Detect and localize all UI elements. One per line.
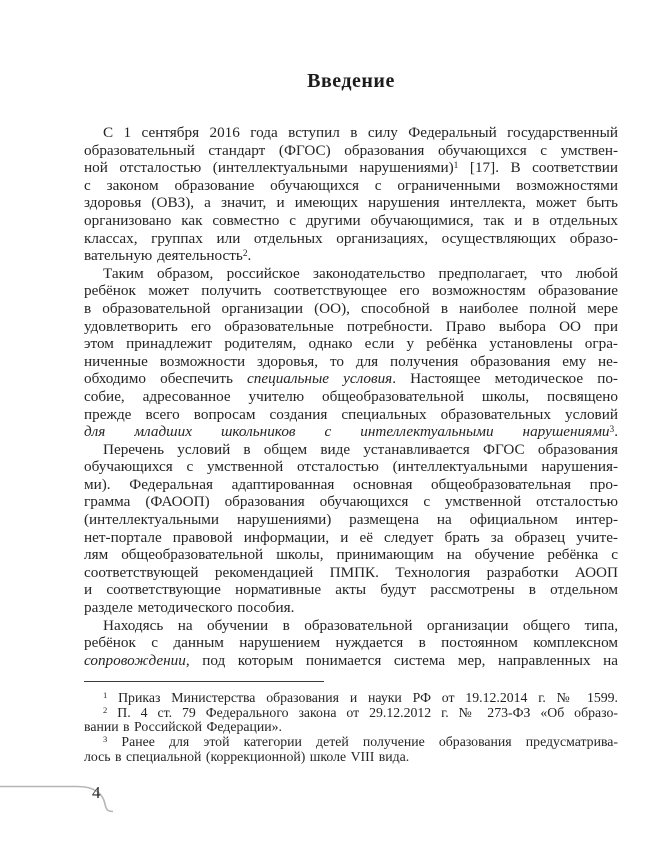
footnote-separator xyxy=(84,681,324,682)
text-segment: лям общеобразовательной школы, принимающ… xyxy=(84,546,618,563)
body-text-line: здоровья (ОВЗ), а значит, и имеющих нару… xyxy=(84,194,618,212)
text-segment: сопровождении xyxy=(84,652,186,669)
body-text-line: Перечень условий в общем виде устанавлив… xyxy=(84,441,618,459)
text-segment: (интеллектуальными нарушениями) размещен… xyxy=(84,511,618,528)
body-text-line: нет-портале правовой информации, и её сл… xyxy=(84,529,618,547)
body-text-line: обходимо обеспечить специальные условия.… xyxy=(84,370,618,388)
text-segment: здоровья (ОВЗ), а значит, и имеющих нару… xyxy=(84,194,618,211)
text-segment: ной отсталостью (интеллектуальными наруш… xyxy=(84,159,454,176)
footnotes: 1 Приказ Министерства образования и наук… xyxy=(84,691,618,765)
footnote-item: 2 П. 4 ст. 79 Федерального закона от 29.… xyxy=(84,706,618,735)
body-text-line: образовательный стандарт (ФГОС) образова… xyxy=(84,142,618,160)
body-text-line: Находясь на обучении в образовательной о… xyxy=(84,617,618,635)
text-segment: лось в специальной (коррекционной) школе… xyxy=(84,749,409,764)
page-number: 4 xyxy=(92,783,101,803)
text-segment: С 1 сентября 2016 года вступил в силу Фе… xyxy=(103,124,618,141)
body-text-line: вательную деятельность2. xyxy=(84,247,618,265)
body-text-line: обучающихся с умственной отсталостью (ин… xyxy=(84,458,618,476)
paragraph: С 1 сентября 2016 года вступил в силу Фе… xyxy=(84,124,618,265)
text-segment: удовлетворить его образовательные потреб… xyxy=(84,318,618,335)
text-segment: . Настоящее методическое по- xyxy=(392,370,618,387)
body-text-line: собие, адресованное учителю общеобразова… xyxy=(84,388,618,406)
body-text-line: разделе методического пособия. xyxy=(84,599,618,617)
text-segment: вании в Российской Федерации». xyxy=(84,719,282,734)
superscript-marker: 3 xyxy=(610,425,615,435)
body-text-line: и соответствующие нормативные акты будут… xyxy=(84,581,618,599)
text-segment: Находясь на обучении в образовательной о… xyxy=(103,617,618,634)
superscript-marker: 2 xyxy=(103,705,107,715)
text-segment: П. 4 ст. 79 Федерального закона от 29.12… xyxy=(107,705,618,720)
body-text-line: в образовательной организации (ОО), спос… xyxy=(84,300,618,318)
footnote-line: 1 Приказ Министерства образования и наук… xyxy=(84,691,618,706)
text-segment: ми). Федеральная адаптированная основная… xyxy=(84,476,618,493)
text-segment: . xyxy=(614,423,618,440)
footnote-item: 1 Приказ Министерства образования и наук… xyxy=(84,691,618,706)
body-text-line: ной отсталостью (интеллектуальными наруш… xyxy=(84,159,618,177)
text-segment: разделе методического пособия. xyxy=(84,599,294,616)
text-segment: соответствующей рекомендацией ПМПК. Техн… xyxy=(84,564,618,581)
body-text-line: с законом образование обучающихся с огра… xyxy=(84,177,618,195)
paragraph: Находясь на обучении в образовательной о… xyxy=(84,617,618,670)
body-text-line: грамма (ФАООП) образования обучающихся с… xyxy=(84,493,618,511)
text-segment: в образовательной организации (ОО), спос… xyxy=(84,300,618,317)
body-text-line: прежде всего вопросам создания специальн… xyxy=(84,406,618,424)
footnote-line: вании в Российской Федерации». xyxy=(84,720,618,735)
text-segment: Приказ Министерства образования и науки … xyxy=(107,690,618,705)
text-segment: для младших школьников с интеллектуальны… xyxy=(84,423,610,440)
text-segment: обходимо обеспечить xyxy=(84,370,247,387)
text-segment: прежде всего вопросам создания специальн… xyxy=(84,406,618,423)
body-text-line: для младших школьников с интеллектуальны… xyxy=(84,423,618,441)
text-segment: обучающихся с умственной отсталостью (ин… xyxy=(84,458,618,475)
text-segment: Таким образом, российское законодательст… xyxy=(103,265,618,282)
body-text-line: С 1 сентября 2016 года вступил в силу Фе… xyxy=(84,124,618,142)
text-segment: с законом образование обучающихся с огра… xyxy=(84,177,618,194)
body-text-line: ребёнок с данным нарушением нуждается в … xyxy=(84,634,618,652)
text-segment: классах, группах или отдельных организац… xyxy=(84,230,618,247)
chapter-heading: Введение xyxy=(84,70,618,93)
text-segment: специальные условия xyxy=(247,370,392,387)
body-text-line: (интеллектуальными нарушениями) размещен… xyxy=(84,511,618,529)
body-text: С 1 сентября 2016 года вступил в силу Фе… xyxy=(84,124,618,669)
body-text-line: организовано как совместно с другими обу… xyxy=(84,212,618,230)
superscript-marker: 1 xyxy=(103,690,107,700)
text-segment: ниченные возможности здоровья, то для по… xyxy=(84,353,618,370)
paragraph: Перечень условий в общем виде устанавлив… xyxy=(84,441,618,617)
footnote-line: лось в специальной (коррекционной) школе… xyxy=(84,750,618,765)
text-segment: Перечень условий в общем виде устанавлив… xyxy=(103,441,618,458)
footnote-line: 2 П. 4 ст. 79 Федерального закона от 29.… xyxy=(84,706,618,721)
body-text-line: ми). Федеральная адаптированная основная… xyxy=(84,476,618,494)
page-corner-ornament xyxy=(0,780,130,825)
text-segment: [17]. В соответствии xyxy=(458,159,618,176)
text-segment: организовано как совместно с другими обу… xyxy=(84,212,618,229)
book-page: Введение С 1 сентября 2016 года вступил … xyxy=(0,0,650,865)
text-segment: , под которым понимается система мер, на… xyxy=(186,652,618,669)
body-text-line: этом принадлежит родителям, однако если … xyxy=(84,335,618,353)
superscript-marker: 1 xyxy=(454,161,459,171)
body-text-line: сопровождении, под которым понимается си… xyxy=(84,652,618,670)
footnote-item: 3 Ранее для этой категории детей получен… xyxy=(84,735,618,764)
paragraph: Таким образом, российское законодательст… xyxy=(84,265,618,441)
text-segment: ребёнок может получить соответствующее е… xyxy=(84,282,618,299)
text-segment: . xyxy=(248,247,252,264)
body-text-line: лям общеобразовательной школы, принимающ… xyxy=(84,546,618,564)
body-text-line: Таким образом, российское законодательст… xyxy=(84,265,618,283)
text-segment: вательную деятельность xyxy=(84,247,243,264)
superscript-marker: 2 xyxy=(243,249,248,259)
text-segment: этом принадлежит родителям, однако если … xyxy=(84,335,618,352)
text-segment: ребёнок с данным нарушением нуждается в … xyxy=(84,634,618,651)
body-text-line: ребёнок может получить соответствующее е… xyxy=(84,282,618,300)
text-segment: грамма (ФАООП) образования обучающихся с… xyxy=(84,493,618,510)
text-segment: собие, адресованное учителю общеобразова… xyxy=(84,388,618,405)
body-text-line: ниченные возможности здоровья, то для по… xyxy=(84,353,618,371)
body-text-line: соответствующей рекомендацией ПМПК. Техн… xyxy=(84,564,618,582)
superscript-marker: 3 xyxy=(103,734,107,744)
body-text-line: классах, группах или отдельных организац… xyxy=(84,230,618,248)
text-segment: и соответствующие нормативные акты будут… xyxy=(84,581,618,598)
body-text-line: удовлетворить его образовательные потреб… xyxy=(84,318,618,336)
text-segment: Ранее для этой категории детей получение… xyxy=(107,734,618,749)
footnote-line: 3 Ранее для этой категории детей получен… xyxy=(84,735,618,750)
text-segment: нет-портале правовой информации, и её сл… xyxy=(84,529,618,546)
text-segment: образовательный стандарт (ФГОС) образова… xyxy=(84,142,618,159)
